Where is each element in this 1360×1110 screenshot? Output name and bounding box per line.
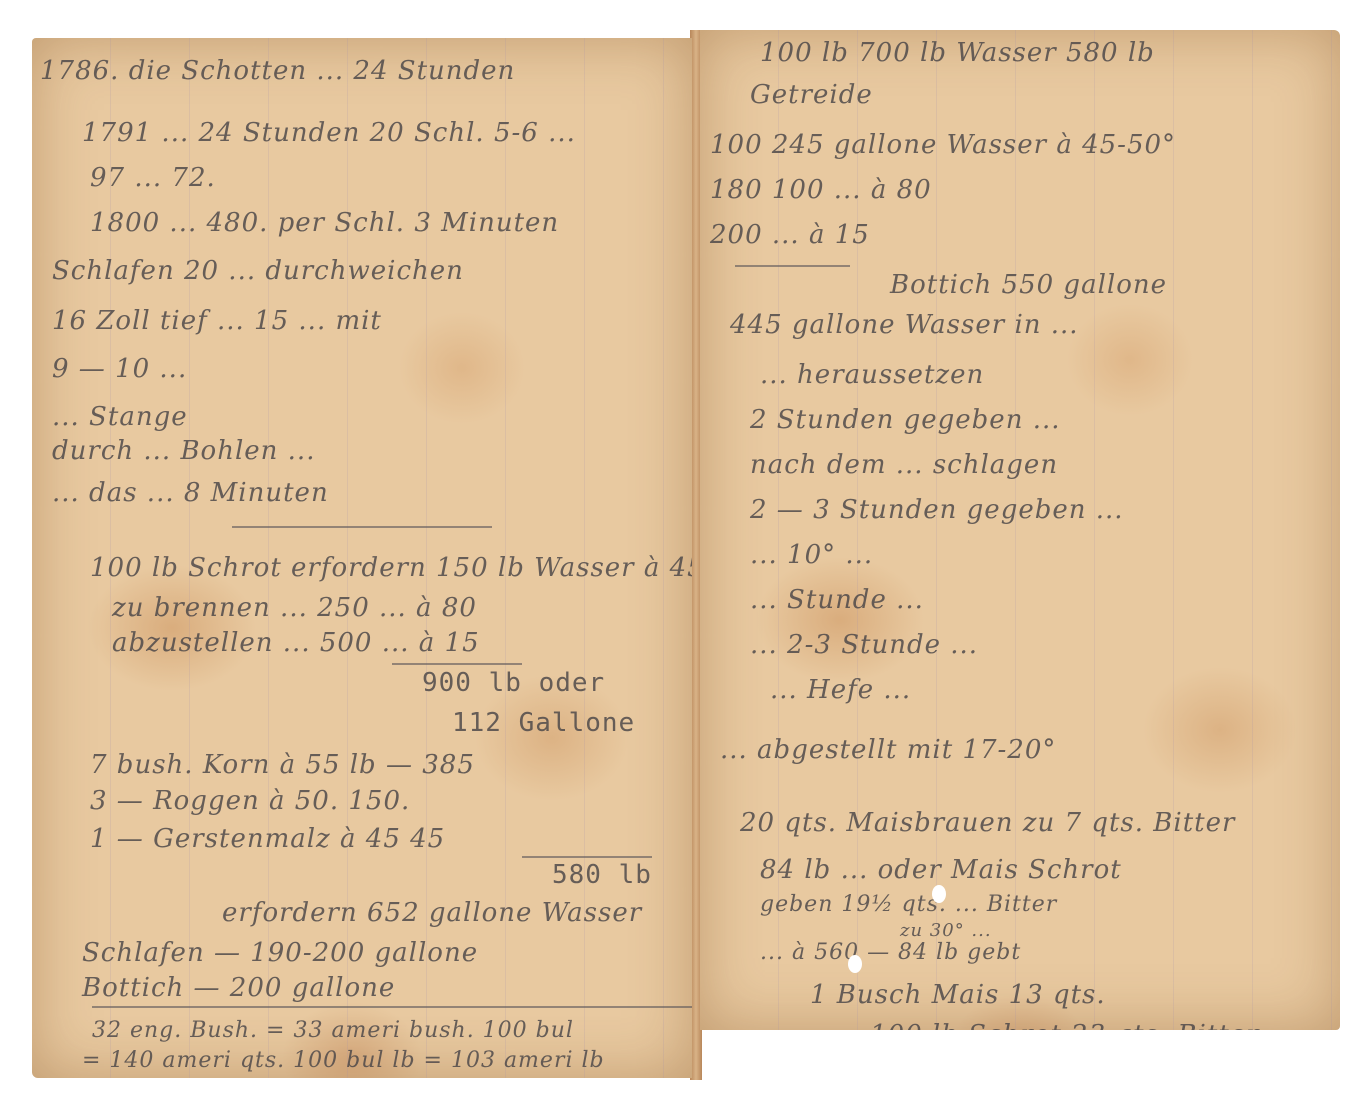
sum-line: [522, 856, 652, 858]
handwritten-line: 97 ... 72.: [90, 163, 216, 193]
divider-line: [232, 526, 492, 528]
handwritten-line: 2 Stunden gegeben ...: [750, 405, 1061, 435]
sum-line: [392, 663, 522, 665]
handwritten-line: 100 lb 700 lb Wasser 580 lb: [760, 38, 1155, 68]
handwritten-line: ... Hefe ...: [770, 675, 911, 705]
paper-hole: [848, 955, 862, 973]
handwritten-line: 16 Zoll tief ... 15 ... mit: [52, 306, 382, 336]
right-notebook-page: 100 lb 700 lb Wasser 580 lb Getreide 100…: [700, 30, 1340, 1030]
handwritten-line: 1791 ... 24 Stunden 20 Schl. 5-6 ...: [82, 118, 576, 148]
handwritten-line: erfordern 652 gallone Wasser: [222, 898, 642, 928]
handwritten-line: 7 bush. Korn à 55 lb — 385: [90, 750, 475, 780]
handwritten-line: 180 100 ... à 80: [710, 175, 932, 205]
handwritten-line: ... abgestellt mit 17-20°: [720, 735, 1056, 765]
handwritten-line: Schlafen 20 ... durchweichen: [52, 256, 464, 286]
handwritten-line: abzustellen ... 500 ... à 15: [112, 628, 480, 658]
handwritten-line: ... das ... 8 Minuten: [52, 478, 329, 508]
handwritten-line: geben 19½ qts. ... Bitter: [760, 892, 1057, 917]
handwritten-line: 84 lb ... oder Mais Schrot: [760, 855, 1122, 885]
left-notebook-page: 1786. die Schotten ... 24 Stunden 1791 .…: [32, 38, 692, 1078]
handwritten-line: 100 lb Schrot erfordern 150 lb Wasser à …: [90, 553, 692, 583]
handwritten-line: 1786. die Schotten ... 24 Stunden: [40, 56, 515, 86]
handwritten-line: = 140 ameri qts. 100 bul lb = 103 ameri …: [82, 1048, 605, 1073]
handwritten-line: 2 — 3 Stunden gegeben ...: [750, 495, 1124, 525]
handwritten-line: Getreide: [750, 80, 873, 110]
sum-value: 900 lb oder: [422, 668, 605, 698]
handwritten-line: 9 — 10 ...: [52, 354, 187, 384]
handwritten-line: 100 245 gallone Wasser à 45-50°: [710, 130, 1176, 160]
handwritten-line: 100 lb Schrot 23 qts. Bitter: [870, 1020, 1259, 1030]
handwritten-line: ... Stange: [52, 402, 188, 432]
handwritten-line: ... heraussetzen: [760, 360, 984, 390]
handwritten-line: zu 30° ...: [900, 920, 992, 941]
handwritten-line: 200 ... à 15: [710, 220, 870, 250]
handwritten-line: durch ... Bohlen ...: [52, 436, 315, 466]
handwritten-line: ... Stunde ...: [750, 585, 924, 615]
handwritten-line: 1 — Gerstenmalz à 45 45: [90, 824, 445, 854]
handwritten-line: zu brennen ... 250 ... à 80: [112, 593, 477, 623]
handwritten-line: 20 qts. Maisbrauen zu 7 qts. Bitter: [740, 808, 1235, 838]
handwritten-line: 445 gallone Wasser in ...: [730, 310, 1079, 340]
handwritten-line: ... à 560 — 84 lb gebt: [760, 940, 1021, 965]
handwritten-line: Bottich — 200 gallone: [82, 973, 395, 1003]
handwritten-line: 1 Busch Mais 13 qts.: [810, 980, 1106, 1010]
handwritten-line: ... 2-3 Stunde ...: [750, 630, 978, 660]
sum-line: [735, 265, 850, 267]
handwritten-line: ... 10° ...: [750, 540, 873, 570]
handwritten-line: Bottich 550 gallone: [890, 270, 1167, 300]
handwritten-line: 3 — Roggen à 50. 150.: [90, 786, 410, 816]
grain-total: 580 lb: [552, 860, 652, 890]
handwritten-line: 1800 ... 480. per Schl. 3 Minuten: [90, 208, 559, 238]
handwritten-line: nach dem ... schlagen: [750, 450, 1058, 480]
handwritten-line: 32 eng. Bush. = 33 ameri bush. 100 bul: [92, 1018, 574, 1043]
divider-line: [92, 1006, 692, 1008]
paper-hole: [932, 885, 946, 903]
gallons-value: 112 Gallone: [452, 708, 635, 738]
handwritten-line: Schlafen — 190-200 gallone: [82, 938, 478, 968]
